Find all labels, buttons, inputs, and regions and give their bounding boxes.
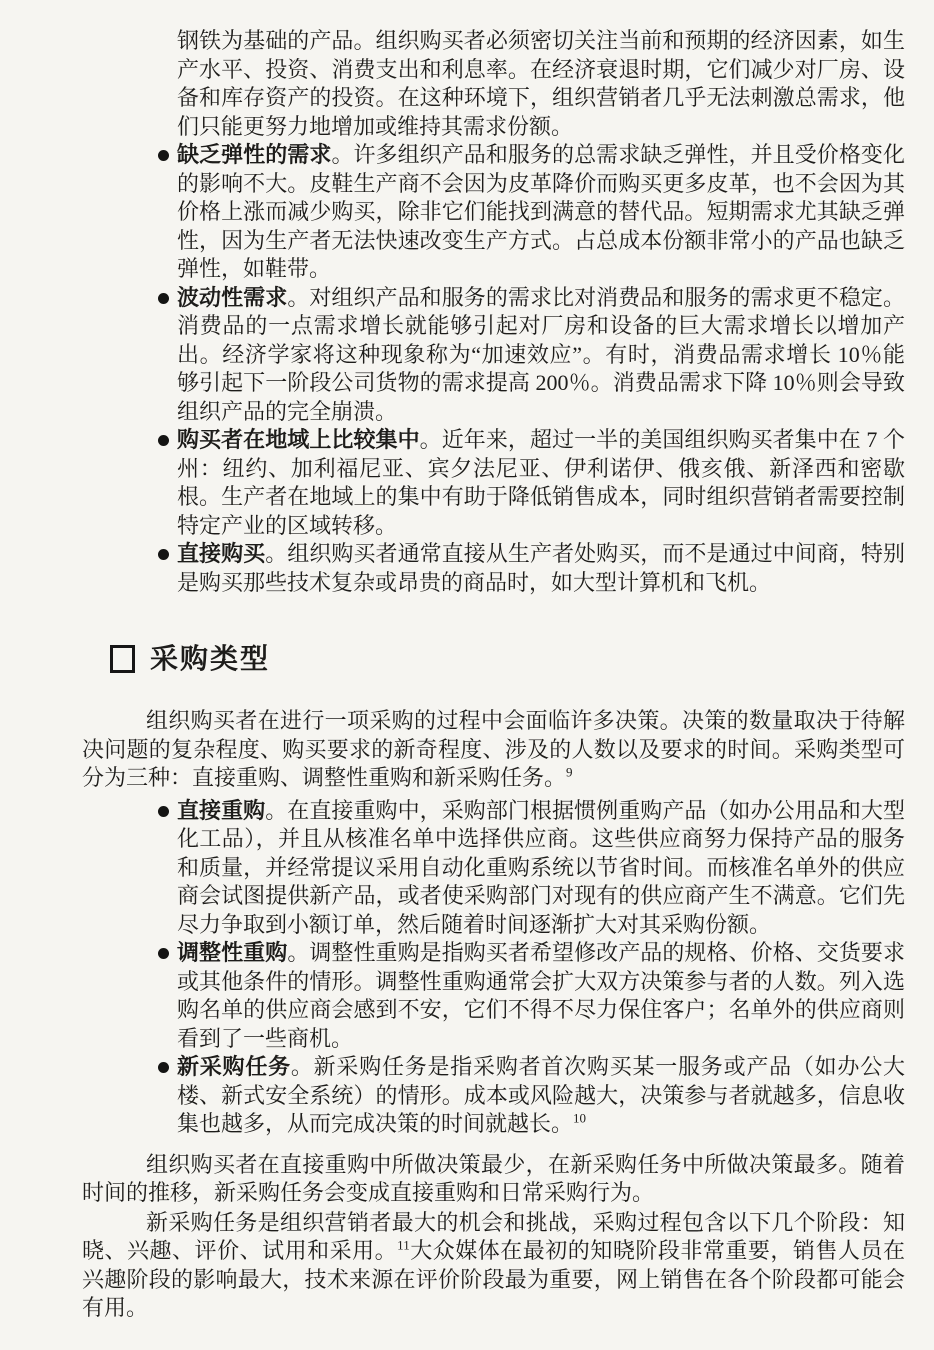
- section-heading: 采购类型: [110, 643, 905, 675]
- list-item-direct-purchasing: 直接购买。组织购买者通常直接从生产者处购买，而不是通过中间商，特别是购买那些技术…: [177, 540, 905, 597]
- footnote-ref-9: 9: [566, 765, 573, 780]
- organizational-market-characteristics-list: 缺乏弹性的需求。许多组织产品和服务的总需求缺乏弹性，并且受价格变化的影响不大。皮…: [82, 141, 905, 597]
- list-item-modified-rebuy: 调整性重购。调整性重购是指购买者希望修改产品的规格、价格、交货要求或其他条件的情…: [177, 939, 905, 1053]
- item-body: 。在直接重购中，采购部门根据惯例重购产品（如办公用品和大型化工品），并且从核准名…: [177, 798, 905, 937]
- list-item-geographic-concentration: 购买者在地域上比较集中。近年来，超过一半的美国组织购买者集中在 7 个州：纽约、…: [177, 426, 905, 540]
- paragraph-text: 组织购买者在进行一项采购的过程中会面临许多决策。决策的数量取决于待解决问题的复杂…: [82, 708, 905, 790]
- closing-paragraph-2: 新采购任务是组织营销者最大的机会和挑战，采购过程包含以下几个阶段：知晓、兴趣、评…: [82, 1209, 905, 1323]
- item-body: 。调整性重购是指购买者希望修改产品的规格、价格、交货要求或其他条件的情形。调整性…: [177, 940, 905, 1051]
- page-content: 钢铁为基础的产品。组织购买者必须密切关注当前和预期的经济因素，如生产水平、投资、…: [82, 27, 905, 1323]
- item-lead: 缺乏弹性的需求: [177, 142, 331, 167]
- bullet-icon: [158, 150, 169, 161]
- bullet-icon: [158, 293, 169, 304]
- closing-paragraph-1: 组织购买者在直接重购中所做决策最少，在新采购任务中所做决策最多。随着时间的推移，…: [82, 1151, 905, 1208]
- item-lead: 直接重购: [177, 798, 265, 823]
- list-item-straight-rebuy: 直接重购。在直接重购中，采购部门根据惯例重购产品（如办公用品和大型化工品），并且…: [177, 797, 905, 940]
- item-body: 。对组织产品和服务的需求比对消费品和服务的需求更不稳定。消费品的一点需求增长就能…: [177, 285, 905, 424]
- footnote-ref-10: 10: [573, 1111, 586, 1126]
- bullet-icon: [158, 549, 169, 560]
- paragraph-text: 组织购买者在直接重购中所做决策最少，在新采购任务中所做决策最多。随着时间的推移，…: [82, 1152, 905, 1206]
- item-body: 。组织购买者通常直接从生产者处购买，而不是通过中间商，特别是购买那些技术复杂或昂…: [177, 541, 905, 595]
- bullet-icon: [158, 435, 169, 446]
- list-item-fluctuating-demand: 波动性需求。对组织产品和服务的需求比对消费品和服务的需求更不稳定。消费品的一点需…: [177, 284, 905, 427]
- bullet-icon: [158, 1062, 169, 1073]
- purchase-types-list: 直接重购。在直接重购中，采购部门根据惯例重购产品（如办公用品和大型化工品），并且…: [82, 797, 905, 1139]
- item-lead: 购买者在地域上比较集中: [177, 427, 420, 452]
- list-item-inelastic-demand: 缺乏弹性的需求。许多组织产品和服务的总需求缺乏弹性，并且受价格变化的影响不大。皮…: [177, 141, 905, 284]
- section-marker-square-icon: [110, 645, 135, 673]
- bullet-icon: [158, 948, 169, 959]
- footnote-ref-11: 11: [397, 1238, 410, 1253]
- item-lead: 波动性需求: [177, 285, 287, 310]
- purchase-types-intro-paragraph: 组织购买者在进行一项采购的过程中会面临许多决策。决策的数量取决于待解决问题的复杂…: [82, 707, 905, 793]
- list-item-new-task: 新采购任务。新采购任务是指采购者首次购买某一服务或产品（如办公大楼、新式安全系统…: [177, 1053, 905, 1139]
- bullet-icon: [158, 806, 169, 817]
- item-lead: 新采购任务: [177, 1054, 291, 1079]
- book-page: 钢铁为基础的产品。组织购买者必须密切关注当前和预期的经济因素，如生产水平、投资、…: [0, 0, 934, 1350]
- item-lead: 调整性重购: [177, 940, 287, 965]
- item-lead: 直接购买: [177, 541, 265, 566]
- intro-continuation-paragraph: 钢铁为基础的产品。组织购买者必须密切关注当前和预期的经济因素，如生产水平、投资、…: [177, 27, 905, 141]
- section-title: 采购类型: [150, 643, 270, 675]
